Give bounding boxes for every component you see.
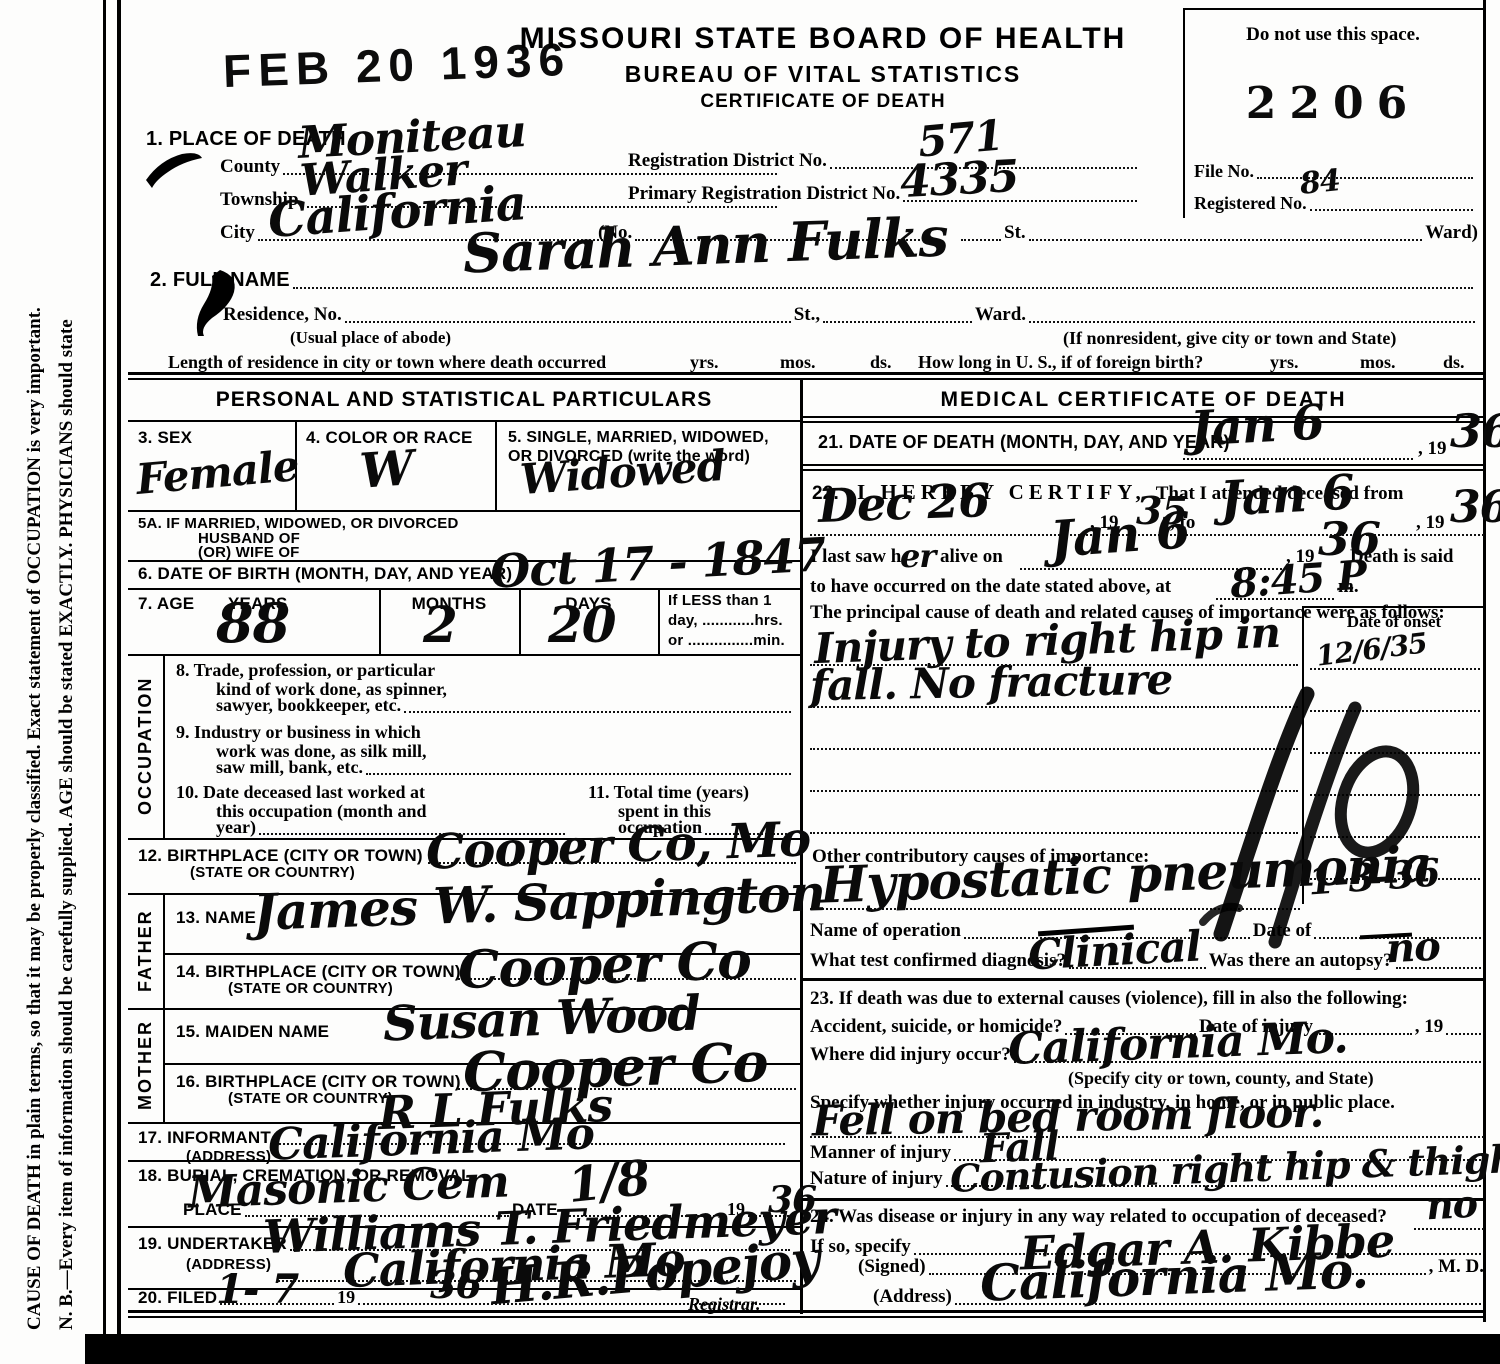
informant-label: 17. INFORMANT	[138, 1128, 271, 1148]
autopsy-value: no	[1385, 927, 1441, 970]
lastsaw-her: er	[900, 540, 935, 572]
nonresident-label: (If nonresident, give city or town and S…	[1063, 328, 1396, 349]
scan-edge-bar	[85, 1334, 1500, 1364]
dod-line	[1183, 458, 1413, 460]
section-23-text: 23. If death was due to external causes …	[810, 988, 1408, 1010]
lastsaw-text2: alive on	[940, 546, 1003, 568]
father-bp-sub: (STATE OR COUNTRY)	[228, 980, 393, 997]
abode-label: (Usual place of abode)	[290, 328, 451, 348]
length-yrs: yrs.	[690, 352, 719, 373]
registered-no-line	[1310, 205, 1473, 211]
residence-line2	[823, 317, 972, 323]
city-label: City	[220, 222, 255, 244]
father-strip-divider	[163, 893, 165, 1008]
howlong-label: How long in U. S., if of foreign birth?	[918, 352, 1203, 373]
date-of-death-label: 21. DATE OF DEATH (MONTH, DAY, AND YEAR)	[818, 432, 1230, 453]
to-year-value: 36	[1450, 486, 1500, 530]
where-injury-label: Where did injury occur?	[810, 1044, 1011, 1066]
filed-date-value: 1- 7	[216, 1270, 298, 1310]
age-months-value: 2	[423, 600, 457, 650]
form-title-block: MISSOURI STATE BOARD OF HEALTH BUREAU OF…	[498, 22, 1148, 113]
city-st-ward-row: St. Ward)	[958, 218, 1478, 244]
signed-label: (Signed)	[858, 1256, 926, 1278]
age-cell-divider2	[519, 588, 521, 654]
ink-flourish	[1183, 682, 1423, 950]
st-label: St.	[1004, 222, 1026, 244]
age-cell-divider1	[379, 588, 381, 654]
md-suffix: , M. D.	[1429, 1256, 1484, 1278]
file-no-label: File No.	[1194, 161, 1254, 182]
rule-under-dod2	[803, 469, 1484, 471]
father-side-label: FATHER	[128, 893, 163, 1008]
howlong-yrs: yrs.	[1270, 352, 1299, 373]
rule-under-dob	[128, 588, 800, 590]
length-mos: mos.	[780, 352, 816, 373]
occ11-line1: 11. Total time (years)	[588, 782, 749, 803]
residence-ward-label: Ward.	[975, 304, 1026, 326]
age-years-value: 88	[216, 596, 289, 650]
certificate-title: CERTIFICATE OF DEATH	[498, 91, 1148, 113]
onset-date-value: 12/6/35	[1315, 629, 1428, 670]
section-divider-top	[128, 372, 1486, 375]
occ8-leader	[404, 707, 791, 713]
medical-section-title: MEDICAL CERTIFICATE OF DEATH	[803, 388, 1484, 412]
dob-label: 6. DATE OF BIRTH (MONTH, DAY, AND YEAR)	[138, 564, 512, 584]
residence-row: Residence, No. St., Ward.	[223, 300, 1478, 326]
signed-address-value: California Mo.	[979, 1245, 1368, 1309]
file-no-line	[1257, 173, 1473, 179]
less-than-3: or ...............min.	[668, 632, 785, 649]
margin-note-line2: CAUSE OF DEATH in plain terms, so that i…	[24, 45, 46, 1330]
occ9-line3: saw mill, bank, etc.	[216, 757, 363, 778]
rule-under-personal-title	[128, 420, 800, 422]
test-value: Clinical	[1027, 926, 1202, 977]
to-19: , 19	[1416, 512, 1445, 534]
injury-19: , 19	[1415, 1016, 1444, 1038]
occ10-line3: year)	[216, 817, 256, 838]
left-rule-outer	[103, 0, 106, 1364]
occ8-line3: sawyer, bookkeeper, etc.	[216, 695, 401, 716]
specify-where-value: Fell on bed room floor.	[812, 1092, 1324, 1143]
wife-of-label: (OR) WIFE OF	[198, 544, 300, 561]
registered-no-label: Registered No.	[1194, 193, 1307, 214]
informant-address-label: (ADDRESS)	[186, 1148, 271, 1165]
lastsaw-date-value: Jan 6	[1048, 505, 1191, 565]
ink-blot	[190, 266, 262, 338]
occ9-leader	[366, 769, 791, 775]
occ8-line3-row: sawyer, bookkeeper, etc.	[216, 694, 794, 716]
onset-box-top	[1302, 606, 1484, 608]
ward-line	[1029, 235, 1423, 241]
contributory-date-value: 1-3-36	[1307, 853, 1441, 900]
do-not-use-label: Do not use this space.	[1188, 24, 1478, 46]
fullname-value: Sarah Ann Fulks	[462, 210, 948, 281]
filed-label: 20. FILED	[138, 1288, 217, 1308]
primary-district-label: Primary Registration District No.	[628, 183, 900, 205]
board-title: MISSOURI STATE BOARD OF HEALTH	[498, 22, 1148, 56]
signed-address-label: (Address)	[873, 1286, 952, 1308]
rule-medical-title1	[803, 416, 1484, 418]
rule-above-23	[803, 978, 1484, 981]
county-label: County	[220, 156, 280, 178]
filed-year-value: 36	[430, 1266, 481, 1304]
dod-19: , 19	[1418, 438, 1447, 460]
race-value: W	[358, 444, 414, 496]
occ9-line1: 9. Industry or business in which	[176, 722, 421, 743]
howlong-ds: ds.	[1443, 352, 1465, 373]
occ9-line3-row: saw mill, bank, etc.	[216, 756, 794, 778]
mother-strip-divider	[163, 1008, 165, 1122]
box-top-border	[1183, 8, 1484, 10]
rule-under-dod1	[803, 464, 1484, 466]
marital-value: Widowed	[519, 445, 726, 501]
mother-bp-sub: (STATE OR COUNTRY)	[228, 1090, 393, 1107]
sex-value: Female	[134, 445, 300, 501]
certificate-number: 2206	[1188, 78, 1478, 129]
dod-year-value: 36	[1450, 408, 1500, 454]
occupation-strip-divider	[163, 654, 165, 838]
scanned-death-certificate: { "margin": { "line1": "N. B.—Every item…	[0, 0, 1500, 1364]
primary-district-row: Primary Registration District No.	[628, 179, 1140, 205]
occupation-side-label: OCCUPATION	[128, 654, 163, 838]
time-value: 8:45 P	[1229, 555, 1368, 604]
birthplace-sub: (STATE OR COUNTRY)	[190, 864, 355, 881]
occ8-line1: 8. Trade, profession, or particular	[176, 660, 435, 681]
margin-note-line1: N. B.—Every item of information should b…	[56, 45, 78, 1330]
mother-name-label: 15. MAIDEN NAME	[176, 1022, 329, 1042]
age-cell-divider3	[658, 588, 660, 654]
residence-line1	[345, 317, 791, 323]
dob-value: Oct 17 - 1847	[489, 531, 826, 594]
nature-label: Nature of injury	[810, 1168, 943, 1190]
occurred-text: to have occurred on the date stated abov…	[810, 576, 1171, 598]
section-divider-top2	[128, 378, 1486, 380]
left-rule-inner	[117, 0, 121, 1364]
father-bp-label: 14. BIRTHPLACE (CITY OR TOWN)	[176, 962, 461, 982]
ink-mark	[142, 146, 206, 194]
where-injury-value: California Mo.	[1007, 1016, 1348, 1072]
registered-no-value: 84	[1299, 166, 1342, 200]
st-line	[961, 235, 1001, 241]
sex-label: 3. SEX	[138, 428, 192, 448]
death-certificate-form: FEB 20 1936 MISSOURI STATE BOARD OF HEAL…	[128, 0, 1486, 1322]
attended-from-value: Dec 26	[817, 477, 990, 529]
length-ds: ds.	[870, 352, 892, 373]
personal-section-title: PERSONAL AND STATISTICAL PARTICULARS	[128, 388, 800, 412]
occ10-line1: 10. Date deceased last worked at	[176, 782, 425, 803]
form-right-border	[1483, 0, 1486, 1322]
manner-label: Manner of injury	[810, 1142, 951, 1164]
related-value: no	[1425, 1185, 1478, 1226]
operation-label: Name of operation	[810, 920, 961, 942]
rule-under-sex-row	[128, 510, 800, 512]
related-line	[1414, 1228, 1484, 1230]
mother-side-label: MOTHER	[128, 1008, 163, 1122]
rule-above-24	[803, 1198, 1484, 1201]
cause-value-line2: fall. No fracture	[810, 659, 1173, 707]
box-left-border	[1183, 8, 1185, 218]
length-residence-label: Length of residence in city or town wher…	[168, 352, 606, 373]
autopsy-label: Was there an autopsy?	[1209, 950, 1393, 972]
less-than-1: If LESS than 1	[668, 592, 772, 609]
age-label: 7. AGE	[138, 594, 194, 614]
primary-district-value: 4335	[899, 155, 1020, 205]
howlong-mos: mos.	[1360, 352, 1396, 373]
bureau-title: BUREAU OF VITAL STATISTICS	[498, 61, 1148, 88]
registration-district-label: Registration District No.	[628, 150, 827, 172]
registration-district-row: Registration District No.	[628, 146, 1140, 172]
father-name-label: 13. NAME	[176, 908, 256, 928]
rule-medical-title2	[803, 421, 1484, 423]
injury-19-line	[1446, 1029, 1481, 1035]
sex-cell-divider2	[495, 420, 497, 510]
less-than-2: day, ............hrs.	[668, 612, 783, 629]
residence-line3	[1029, 317, 1475, 323]
bottom-rule1	[128, 1310, 1486, 1313]
ward-label: Ward)	[1425, 222, 1478, 244]
residence-st-label: St.,	[794, 304, 820, 326]
bottom-rule2	[128, 1316, 1486, 1318]
age-days-value: 20	[548, 600, 616, 650]
date-of-death-value: Jan 6	[1189, 399, 1325, 454]
birthplace-label: 12. BIRTHPLACE (CITY OR TOWN)	[138, 846, 423, 866]
